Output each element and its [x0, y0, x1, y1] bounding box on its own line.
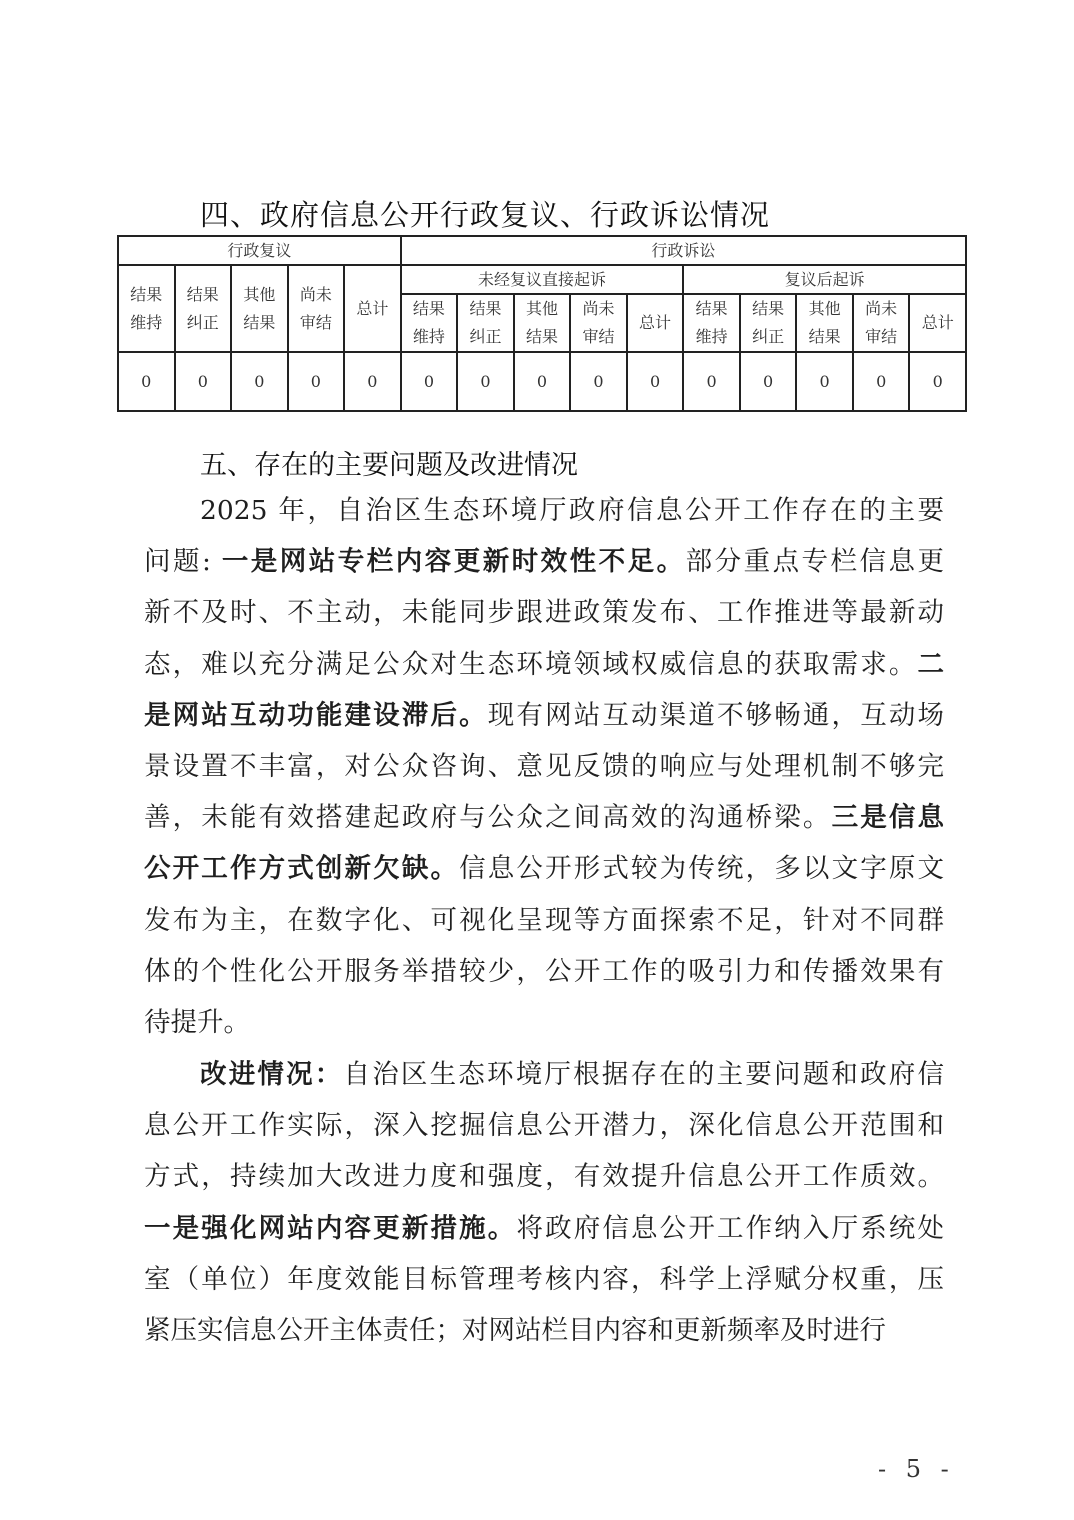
col-review-corrected: 结果纠正 — [175, 265, 232, 352]
problems-paragraph: 2025 年，自治区生态环境厅政府信息公开工作存在的主要问题: 一是网站专栏内容… — [144, 485, 944, 1048]
text-line: 息公开工作实际，深入挖掘信息公开潜力，深化信息公开范围和 — [144, 1100, 944, 1151]
table-cell: 0 — [853, 352, 910, 411]
bold-phrase: 一是强化网站内容更新措施。 — [144, 1213, 516, 1244]
col-after-pending: 尚未审结 — [853, 294, 910, 352]
bold-phrase: 一是网站专栏内容更新时效性不足。 — [222, 546, 686, 577]
header-administrative-litigation: 行政诉讼 — [401, 236, 966, 265]
col-review-upheld: 结果维持 — [118, 265, 175, 352]
col-review-total: 总计 — [344, 265, 401, 352]
table-cell: 0 — [175, 352, 232, 411]
header-direct-litigation: 未经复议直接起诉 — [401, 265, 684, 294]
col-direct-corrected: 结果纠正 — [457, 294, 514, 352]
bold-phrase: 公开工作方式创新欠缺。 — [144, 853, 459, 884]
table-cell: 0 — [796, 352, 853, 411]
table-cell: 0 — [570, 352, 627, 411]
text-line: 问题: 一是网站专栏内容更新时效性不足。部分重点专栏信息更 — [144, 536, 944, 587]
table-cell: 0 — [231, 352, 288, 411]
text-line: 紧压实信息公开主体责任；对网站栏目内容和更新频率及时进行 — [144, 1305, 944, 1356]
col-direct-pending: 尚未审结 — [570, 294, 627, 352]
text-line: 方式，持续加大改进力度和强度，有效提升信息公开工作质效。 — [144, 1151, 944, 1202]
bold-phrase: 改进情况： — [200, 1059, 344, 1090]
review-litigation-table: 行政复议 行政诉讼 结果维持 结果纠正 其他结果 尚未审结 总计 未经复议直接起… — [117, 235, 967, 412]
text-line: 待提升。 — [144, 997, 944, 1048]
table-cell: 0 — [627, 352, 684, 411]
text-line: 新不及时、不主动，未能同步跟进政策发布、工作推进等最新动 — [144, 587, 944, 638]
table-cell: 0 — [514, 352, 571, 411]
bold-phrase: 三是信息 — [832, 802, 944, 833]
col-review-other: 其他结果 — [231, 265, 288, 352]
table-cell: 0 — [457, 352, 514, 411]
col-after-other: 其他结果 — [796, 294, 853, 352]
text-line: 室（单位）年度效能目标管理考核内容，科学上浮赋分权重，压 — [144, 1254, 944, 1305]
improvements-paragraph: 改进情况：自治区生态环境厅根据存在的主要问题和政府信息公开工作实际，深入挖掘信息… — [144, 1049, 944, 1356]
table-cell: 0 — [344, 352, 401, 411]
col-after-total: 总计 — [909, 294, 966, 352]
col-direct-other: 其他结果 — [514, 294, 571, 352]
text-line: 景设置不丰富，对公众咨询、意见反馈的响应与处理机制不够完 — [144, 741, 944, 792]
text-line: 是网站互动功能建设滞后。现有网站互动渠道不够畅通，互动场 — [144, 690, 944, 741]
section-5-heading: 五、存在的主要问题及改进情况 — [200, 443, 578, 482]
table-cell: 0 — [118, 352, 175, 411]
header-administrative-review: 行政复议 — [118, 236, 401, 265]
text-line: 态，难以充分满足公众对生态环境领域权威信息的获取需求。二 — [144, 639, 944, 690]
table-cell: 0 — [683, 352, 740, 411]
text-line: 体的个性化公开服务举措较少，公开工作的吸引力和传播效果有 — [144, 946, 944, 997]
header-litigation-after-review: 复议后起诉 — [683, 265, 966, 294]
text-line: 一是强化网站内容更新措施。将政府信息公开工作纳入厅系统处 — [144, 1203, 944, 1254]
col-direct-upheld: 结果维持 — [401, 294, 458, 352]
bold-phrase: 二 — [918, 649, 945, 680]
col-after-corrected: 结果纠正 — [740, 294, 797, 352]
text-line: 发布为主，在数字化、可视化呈现等方面探索不足，针对不同群 — [144, 895, 944, 946]
page-number: - 5 - — [878, 1455, 955, 1483]
table-cell: 0 — [401, 352, 458, 411]
section-4-heading: 四、政府信息公开行政复议、行政诉讼情况 — [200, 193, 770, 234]
table-cell: 0 — [909, 352, 966, 411]
text-line: 公开工作方式创新欠缺。信息公开形式较为传统，多以文字原文 — [144, 843, 944, 894]
col-direct-total: 总计 — [627, 294, 684, 352]
col-review-pending: 尚未审结 — [288, 265, 345, 352]
table-row: 0 0 0 0 0 0 0 0 0 0 0 0 0 0 0 — [118, 352, 966, 411]
text-line: 改进情况：自治区生态环境厅根据存在的主要问题和政府信 — [144, 1049, 944, 1100]
text-line: 2025 年，自治区生态环境厅政府信息公开工作存在的主要 — [144, 485, 944, 536]
bold-phrase: 是网站互动功能建设滞后。 — [144, 700, 488, 731]
text-line: 善，未能有效搭建起政府与公众之间高效的沟通桥梁。三是信息 — [144, 792, 944, 843]
table-cell: 0 — [740, 352, 797, 411]
col-after-upheld: 结果维持 — [683, 294, 740, 352]
table-cell: 0 — [288, 352, 345, 411]
